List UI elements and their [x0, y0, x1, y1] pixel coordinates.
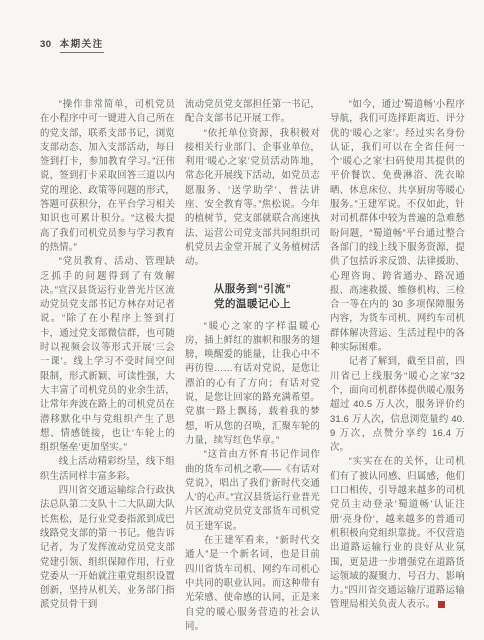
subheading-line-2: 党的温暖记心上: [185, 297, 320, 313]
subheading-line-1: 从服务到“引流”: [185, 282, 320, 298]
magazine-page: 30 本期关注 “操作非常简单，司机党员在小程序中可一键进入自己所在的党支部，联…: [0, 0, 484, 640]
paragraph: 四川省交通运输综合行政执法总队第二支队十二大队副大队长焦松，是行业党委指派到成巴…: [40, 483, 175, 612]
paragraph: “依托单位资源，我积极对接相关行业部门、企事业单位，利用‘暖心之家’党员活动阵地…: [185, 126, 320, 269]
paragraph: 在王建军看来，“新时代交通人”是一个新名词，也是目前四川省货车司机、网约车司机心…: [185, 533, 320, 633]
column-3: “如今，通过‘蜀道畅’小程序导航，我们可选择距离近、评分优的‘暖心之家’。经过实…: [330, 97, 465, 633]
article-subheading: 从服务到“引流” 党的温暖记心上: [185, 282, 320, 313]
page-header: 30 本期关注: [40, 36, 104, 53]
paragraph: “党员教育、活动、管理缺乏抓手的问题得到了有效解决。”宣汉县货运行业普光片区流动…: [40, 254, 175, 454]
closing-paragraph-text: “实实在在的关怀，让司机们有了被认同感、归属感，他们口口相传，引导越来越多的司机…: [330, 455, 465, 609]
column-1: “操作非常简单，司机党员在小程序中可一键进入自己所在的党支部，联系支部书记，浏览…: [40, 97, 175, 633]
column-2: 流动党员党支部担任第一书记，配合支部书记开展工作。 “依托单位资源，我积极对接相…: [185, 97, 320, 633]
article-columns: “操作非常简单，司机党员在小程序中可一键进入自己所在的党支部，联系支部书记，浏览…: [40, 97, 465, 633]
paragraph-continuation: 流动党员党支部担任第一书记，配合支部书记开展工作。: [185, 97, 320, 126]
paragraph: “这首由方怀育书记作词作曲的货车司机之歌——《有话对党说》，唱出了我们‘新时代交…: [185, 447, 320, 533]
paragraph: 线上活动精彩纷呈，线下组织生活同样丰富多彩。: [40, 454, 175, 483]
closing-paragraph: “实实在在的关怀，让司机们有了被认同感、归属感，他们口口相传，引导越来越多的司机…: [330, 454, 465, 611]
paragraph: “如今，通过‘蜀道畅’小程序导航，我们可选择距离近、评分优的‘暖心之家’。经过实…: [330, 97, 465, 354]
page-number: 30: [40, 39, 52, 50]
paragraph: 记者了解到，截至目前，四川省已上线服务“暖心之家”32 个，面向司机群体提供暖心…: [330, 354, 465, 454]
article-end-mark-icon: [438, 601, 445, 608]
section-title: 本期关注: [60, 36, 104, 53]
paragraph: “暖心之家的字样温暖心房，插上鲜红的旗帜和服务的翅膀，唤醒爱的能量，让我心中不再…: [185, 319, 320, 448]
paragraph: “操作非常简单，司机党员在小程序中可一键进入自己所在的党支部，联系支部书记，浏览…: [40, 97, 175, 254]
